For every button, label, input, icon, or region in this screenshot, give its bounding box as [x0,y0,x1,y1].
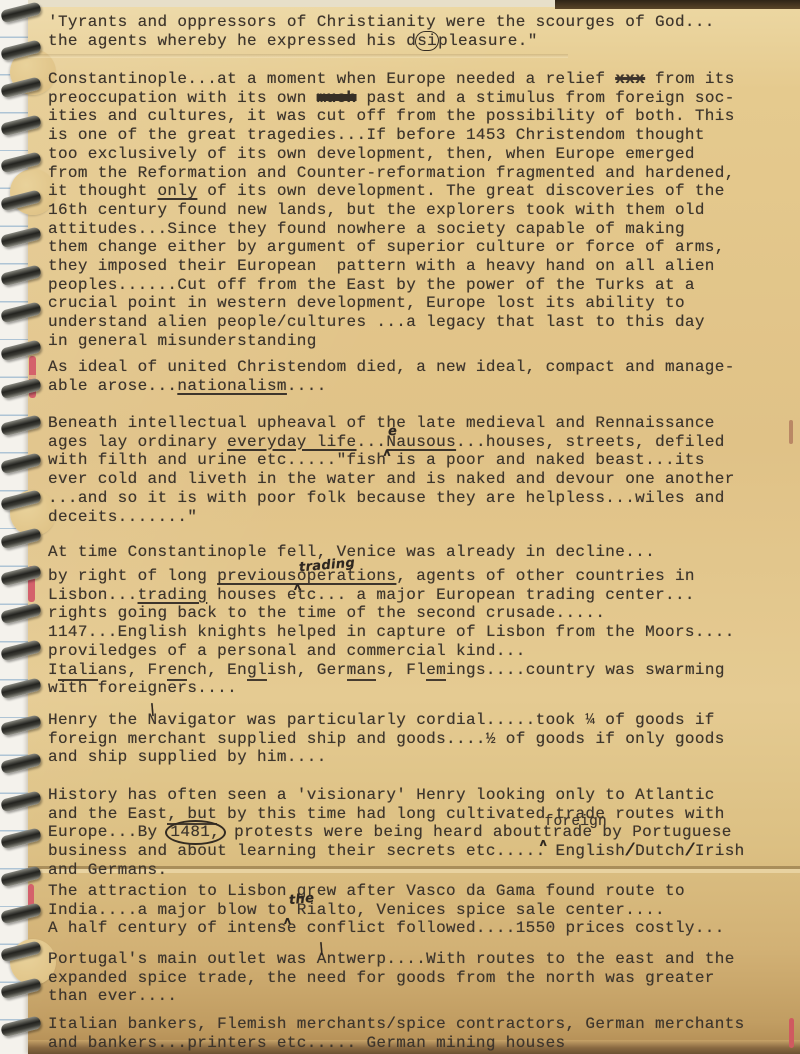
text-line: too exclusively of its own development, … [48,145,735,164]
struck-out-text: xxx [615,70,645,88]
text-line: understand alien people/cultures ...a le… [48,313,735,332]
text-segment: foreign merchant supplied ship and goods… [48,730,725,748]
text-line: with filth and urine etc....."fish is a … [48,451,735,470]
text-line: The attraction to Lisbon grew after Vasc… [48,882,725,901]
text-segment: em [426,661,446,681]
text-line: ...and so it is with poor folk because t… [48,489,735,508]
text-segment: ntwerp....With routes to the east and th… [327,950,735,968]
text-segment: Beneath intellectual upheaval of the lat… [48,414,715,432]
text-line: than ever.... [48,987,735,1006]
text-segment: ...and so it is with poor folk because t… [48,489,725,507]
text-line: by right of long previoustradingoperatio… [48,567,735,586]
text-segment: India....a major blow to [48,901,287,919]
text-segment: 16th century found new lands, but the ex… [48,201,705,219]
text-segment: ages lay ordinary [48,433,227,451]
text-line: able arose...nationalism.... [48,377,735,396]
text-segment: able arose... [48,377,177,395]
text-line: Europe...By 1481, protests were being he… [48,823,745,842]
text-line: ever cold and liveth in the water and is… [48,470,735,489]
text-segment: tradingoperations [297,567,397,586]
text-segment: them change either by argument of superi… [48,238,725,256]
text-segment: tali [58,661,98,681]
text-segment: too exclusively of its own development, … [48,145,695,163]
text-segment: preoccupation with its own [48,89,317,107]
text-segment: proviledges of a personal and commercial… [48,642,526,660]
text-segment: expanded spice trade, the need for goods… [48,969,715,987]
text-segment: and Germans. [48,861,167,879]
text-line: preoccupation with its own much past and… [48,89,735,108]
text-segment: 1147...English knights helped in capture… [48,623,735,641]
text-segment: ings....country was swarming [446,661,725,679]
text-line: 16th century found new lands, but the ex… [48,201,735,220]
text-segment: ch, En [187,661,247,679]
text-segment: past and a stimulus from foreign soc- [357,89,735,107]
text-line: As ideal of united Christendom died, a n… [48,358,735,377]
text-line: proviledges of a personal and commercial… [48,642,735,661]
text-line: with foreigners.... [48,679,735,698]
text-line: 'Tyrants and oppressors of Christianity … [48,13,715,32]
text-line: 1147...English knights helped in capture… [48,623,735,642]
inserted-annotation: the [288,891,314,906]
text-segment: by this time had long cultivated trade r… [217,805,725,823]
text-segment: business and about learning their secret… [48,842,625,860]
text-line: expanded spice trade, the need for goods… [48,969,735,988]
text-segment: pleasure." [438,32,538,50]
text-line: in general misunderstanding [48,332,735,351]
text-segment: Constantinople...at a moment when Europe… [48,70,615,88]
text-segment: Dutch [635,842,685,860]
text-segment: is one of the great tragedies...If befor… [48,126,705,144]
text-segment: man [347,661,377,681]
text-segment: by Portuguese [592,823,731,841]
sheet-top-edge [28,0,555,7]
text-segment: I [48,661,58,679]
text-line: is one of the great tragedies...If befor… [48,126,735,145]
text-segment: Henry the [48,711,148,729]
text-segment: understand alien people/cultures ...a le… [48,313,705,331]
text-segment: Lisbon... [48,586,138,604]
text-line: crucial point in western development, Eu… [48,294,735,313]
text-line: attitudes...Since they found nowhere a s… [48,220,735,239]
text-line: and Germans. [48,861,745,880]
text-line: A half century of intense conflict follo… [48,919,725,938]
paragraph: Portugal's main outlet was |Antwerp....W… [48,950,735,1006]
text-segment: History has often seen a 'visionary' Hen… [48,786,715,804]
text-segment: from its [645,70,735,88]
text-segment: ever cold and liveth in the water and is… [48,470,735,488]
text-segment: only [157,182,197,200]
text-segment: ish, Ger [267,661,347,679]
text-segment: houses etc... a major European trading c… [207,586,695,604]
inserted-annotation: foreign [545,815,607,830]
text-line: ities and cultures, it was cut off from … [48,107,735,126]
paper-seam [28,54,568,58]
text-segment: rights going back to the time of the sec… [48,604,605,622]
text-segment: than ever.... [48,987,177,1005]
text-line: Lisbon...trading houses etc... a major E… [48,586,735,605]
inserted-annotation: | [149,703,155,716]
text-segment: previous [217,567,297,585]
struck-out-text: much [317,89,357,107]
text-segment: the agents whereby he expressed his d [48,32,416,50]
text-segment: , agents of other countries in [396,567,695,585]
text-segment: en [167,661,187,681]
text-line: and bankers...printers etc..... German m… [48,1034,745,1053]
text-line: and ship supplied by him.... [48,748,725,767]
inserted-annotation: | [318,942,324,955]
text-segment: nationalism [177,377,286,395]
text-segment: 'Tyrants and oppressors of Christianity … [48,13,715,31]
text-segment: |N [148,711,158,730]
text-line: History has often seen a 'visionary' Hen… [48,786,745,805]
text-segment: trading [138,586,208,604]
text-line: and the East, but by this time had long … [48,805,745,824]
text-segment: by right of long [48,567,217,585]
text-segment: crucial point in western development, Eu… [48,294,685,312]
paragraph: As ideal of united Christendom died, a n… [48,358,735,395]
text-segment: ities and cultures, it was cut off from … [48,107,735,125]
text-line: foreign merchant supplied ship and goods… [48,730,725,749]
text-segment: Portugal's main outlet was [48,950,317,968]
text-line: it thought only of its own development. … [48,182,735,201]
text-line: peoples......Cut off from the East by th… [48,276,735,295]
sheet-top-edge-shadow [555,0,800,9]
text-line: from the Reformation and Counter-reforma… [48,164,735,183]
text-segment: ... [357,433,387,451]
text-segment: attitudes...Since they found nowhere a s… [48,220,685,238]
text-segment: from the Reformation and Counter-reforma… [48,164,735,182]
text-segment: A half century of intense conflict follo… [48,919,725,937]
text-segment: / [684,840,696,862]
text-segment: ...houses, streets, defiled [456,433,725,451]
text-segment: .... [287,377,327,395]
text-segment: it thought [48,182,157,200]
text-segment: the Rialto [287,901,357,920]
text-line: ages lay ordinary everyday life...eNauso… [48,433,735,452]
text-segment: and bankers...printers etc..... German m… [48,1034,565,1052]
text-segment: and ship supplied by him.... [48,748,327,766]
text-line: Italian bankers, Flemish merchants/spice… [48,1015,745,1034]
inserted-annotation: e [388,424,398,438]
text-segment: The attraction to Lisbon grew after Vasc… [48,882,685,900]
paragraph: Henry the |Navigator was particularly co… [48,711,725,767]
text-line: them change either by argument of superi… [48,238,735,257]
text-segment: Irish [695,842,745,860]
text-line: they imposed their European pattern with… [48,257,735,276]
text-segment: gl [247,661,267,681]
text-segment: Europe...By [48,823,167,841]
paragraph: Italian bankers, Flemish merchants/spice… [48,1015,745,1052]
text-segment: and the East [48,805,167,823]
text-segment: foreigntrade [543,823,593,842]
red-pen-margin-mark [789,420,793,444]
text-line: the agents whereby he expressed his dsip… [48,32,715,51]
paragraph: The attraction to Lisbon grew after Vasc… [48,882,725,938]
text-segment: As ideal of united Christendom died, a n… [48,358,735,376]
paragraph: History has often seen a 'visionary' Hen… [48,786,745,880]
text-segment: eNausous [386,433,456,452]
text-segment: everyday life [227,433,356,451]
text-segment: , Venices spice sale center.... [357,901,666,919]
text-line: rights going back to the time of the sec… [48,604,735,623]
paragraph: Beneath intellectual upheaval of the lat… [48,414,735,526]
text-segment: with foreigners.... [48,679,237,697]
text-segment: protests were being heard about [224,823,542,841]
text-segment: ans, Fr [98,661,168,679]
text-line: deceits......." [48,508,735,527]
text-segment: avigator was particularly cordial.....to… [157,711,714,729]
text-line: India....a major blow tothe Rialto, Veni… [48,901,725,920]
text-line: Portugal's main outlet was |Antwerp....W… [48,950,735,969]
text-line: Constantinople...at a moment when Europe… [48,70,735,89]
text-segment: s, Fl [376,661,426,679]
text-segment: with filth and urine etc....."fish is a … [48,451,705,469]
text-segment: of its own development. The great discov… [197,182,724,200]
text-segment: si [415,31,439,51]
text-segment: they imposed their European pattern with… [48,257,715,275]
text-segment: in general misunderstanding [48,332,317,350]
paragraph: Constantinople...at a moment when Europe… [48,70,735,351]
text-segment: deceits......." [48,508,197,526]
text-segment: Italian bankers, Flemish merchants/spice… [48,1015,745,1033]
paragraph: 'Tyrants and oppressors of Christianity … [48,13,715,50]
text-line: business and about learning their secret… [48,842,745,861]
red-pen-margin-mark [789,1018,794,1048]
text-line: Henry the |Navigator was particularly co… [48,711,725,730]
text-segment: |A [317,950,327,969]
text-line: Italians, French, English, Germans, Flem… [48,661,735,680]
text-segment: peoples......Cut off from the East by th… [48,276,695,294]
paragraph: by right of long previoustradingoperatio… [48,567,735,698]
